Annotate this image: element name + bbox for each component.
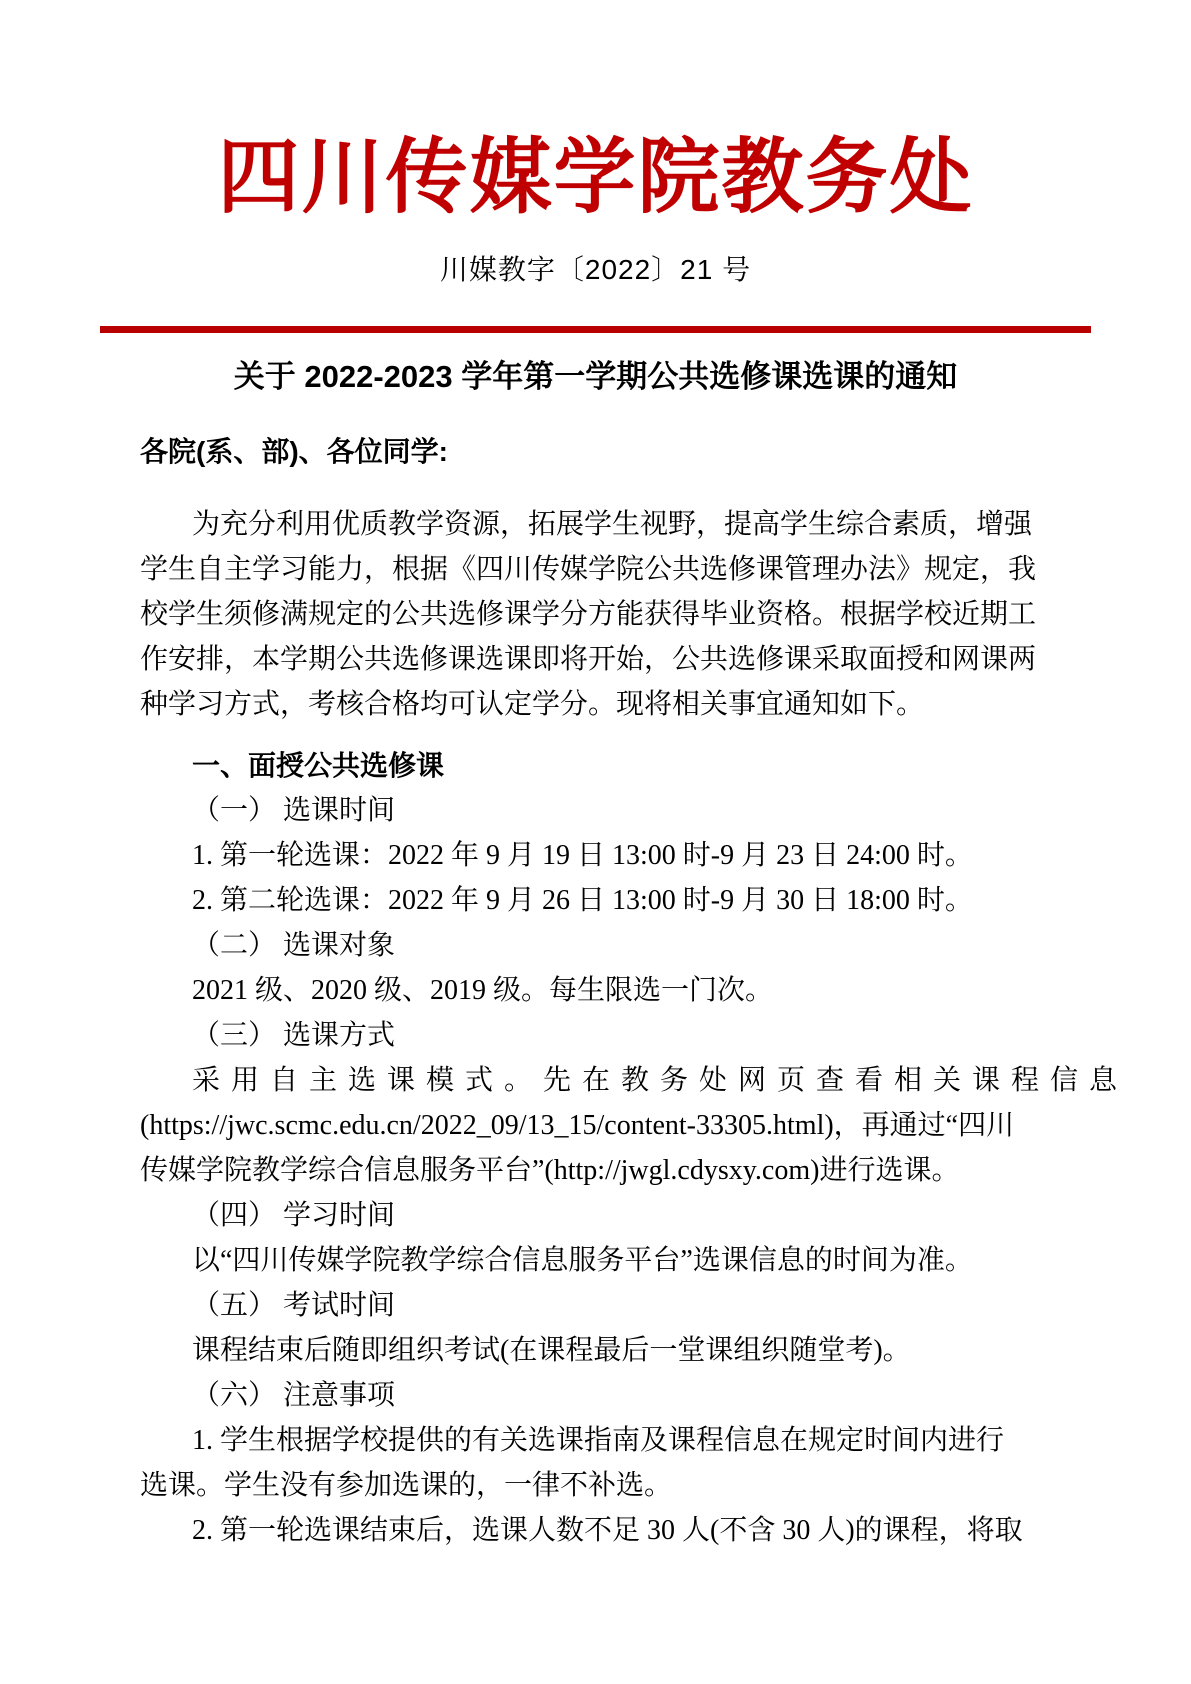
notice-body: 各院(系、部)、各位同学: 为充分利用优质教学资源，拓展学生视野，提高学生综合素… xyxy=(140,429,1091,1553)
body-line: 为充分利用优质教学资源，拓展学生视野，提高学生综合素质，增强 xyxy=(192,502,1091,547)
notice-title: 关于 2022-2023 学年第一学期公共选修课选课的通知 xyxy=(0,355,1191,399)
body-line: (https://jwc.scmc.edu.cn/2022_09/13_15/c… xyxy=(140,1103,1091,1148)
document-page: 四川传媒学院教务处 川媒教字〔2022〕21 号 关于 2022-2023 学年… xyxy=(0,0,1191,1684)
body-line: 种学习方式，考核合格均可认定学分。现将相关事宜通知如下。 xyxy=(140,682,1091,727)
body-line: （四） 学习时间 xyxy=(192,1193,1091,1238)
body-line: 以“四川传媒学院教学综合信息服务平台”选课信息的时间为准。 xyxy=(192,1238,1091,1283)
body-line: （二） 选课对象 xyxy=(192,923,1091,968)
body-line: 2. 第一轮选课结束后，选课人数不足 30 人(不含 30 人)的课程，将取 xyxy=(192,1508,1091,1553)
body-line: 课程结束后随即组织考试(在课程最后一堂课组织随堂考)。 xyxy=(192,1328,1091,1373)
body-line: （五） 考试时间 xyxy=(192,1283,1091,1328)
notice-paragraphs: 为充分利用优质教学资源，拓展学生视野，提高学生综合素质，增强学生自主学习能力，根… xyxy=(140,502,1091,1553)
body-line: 1. 第一轮选课：2022 年 9 月 19 日 13:00 时-9 月 23 … xyxy=(192,833,1091,878)
body-line: 一、面授公共选修课 xyxy=(192,743,1091,788)
body-line: （六） 注意事项 xyxy=(192,1373,1091,1418)
body-line: 2021 级、2020 级、2019 级。每生限选一门次。 xyxy=(192,968,1091,1013)
body-line: 作安排，本学期公共选修课选课即将开始，公共选修课采取面授和网课两 xyxy=(140,637,1091,682)
notice-salutation: 各院(系、部)、各位同学: xyxy=(140,429,1091,474)
body-line: 选课。学生没有参加选课的，一律不补选。 xyxy=(140,1463,1091,1508)
body-line: 学生自主学习能力，根据《四川传媒学院公共选修课管理办法》规定，我 xyxy=(140,547,1091,592)
body-line: 传媒学院教学综合信息服务平台”(http://jwgl.cdysxy.com)进… xyxy=(140,1148,1091,1193)
body-line: （三） 选课方式 xyxy=(192,1013,1091,1058)
body-line: 采用自主选课模式。先在教务处网页查看相关课程信息 xyxy=(192,1058,1091,1103)
letterhead-divider-rule xyxy=(100,326,1091,333)
body-line: 校学生须修满规定的公共选修课学分方能获得毕业资格。根据学校近期工 xyxy=(140,592,1091,637)
body-line: 1. 学生根据学校提供的有关选课指南及课程信息在规定时间内进行 xyxy=(192,1418,1091,1463)
body-line: （一） 选课时间 xyxy=(192,788,1091,833)
letterhead-org-title: 四川传媒学院教务处 xyxy=(0,128,1191,228)
body-line: 2. 第二轮选课：2022 年 9 月 26 日 13:00 时-9 月 30 … xyxy=(192,878,1091,923)
letterhead-doc-number: 川媒教字〔2022〕21 号 xyxy=(0,250,1191,290)
